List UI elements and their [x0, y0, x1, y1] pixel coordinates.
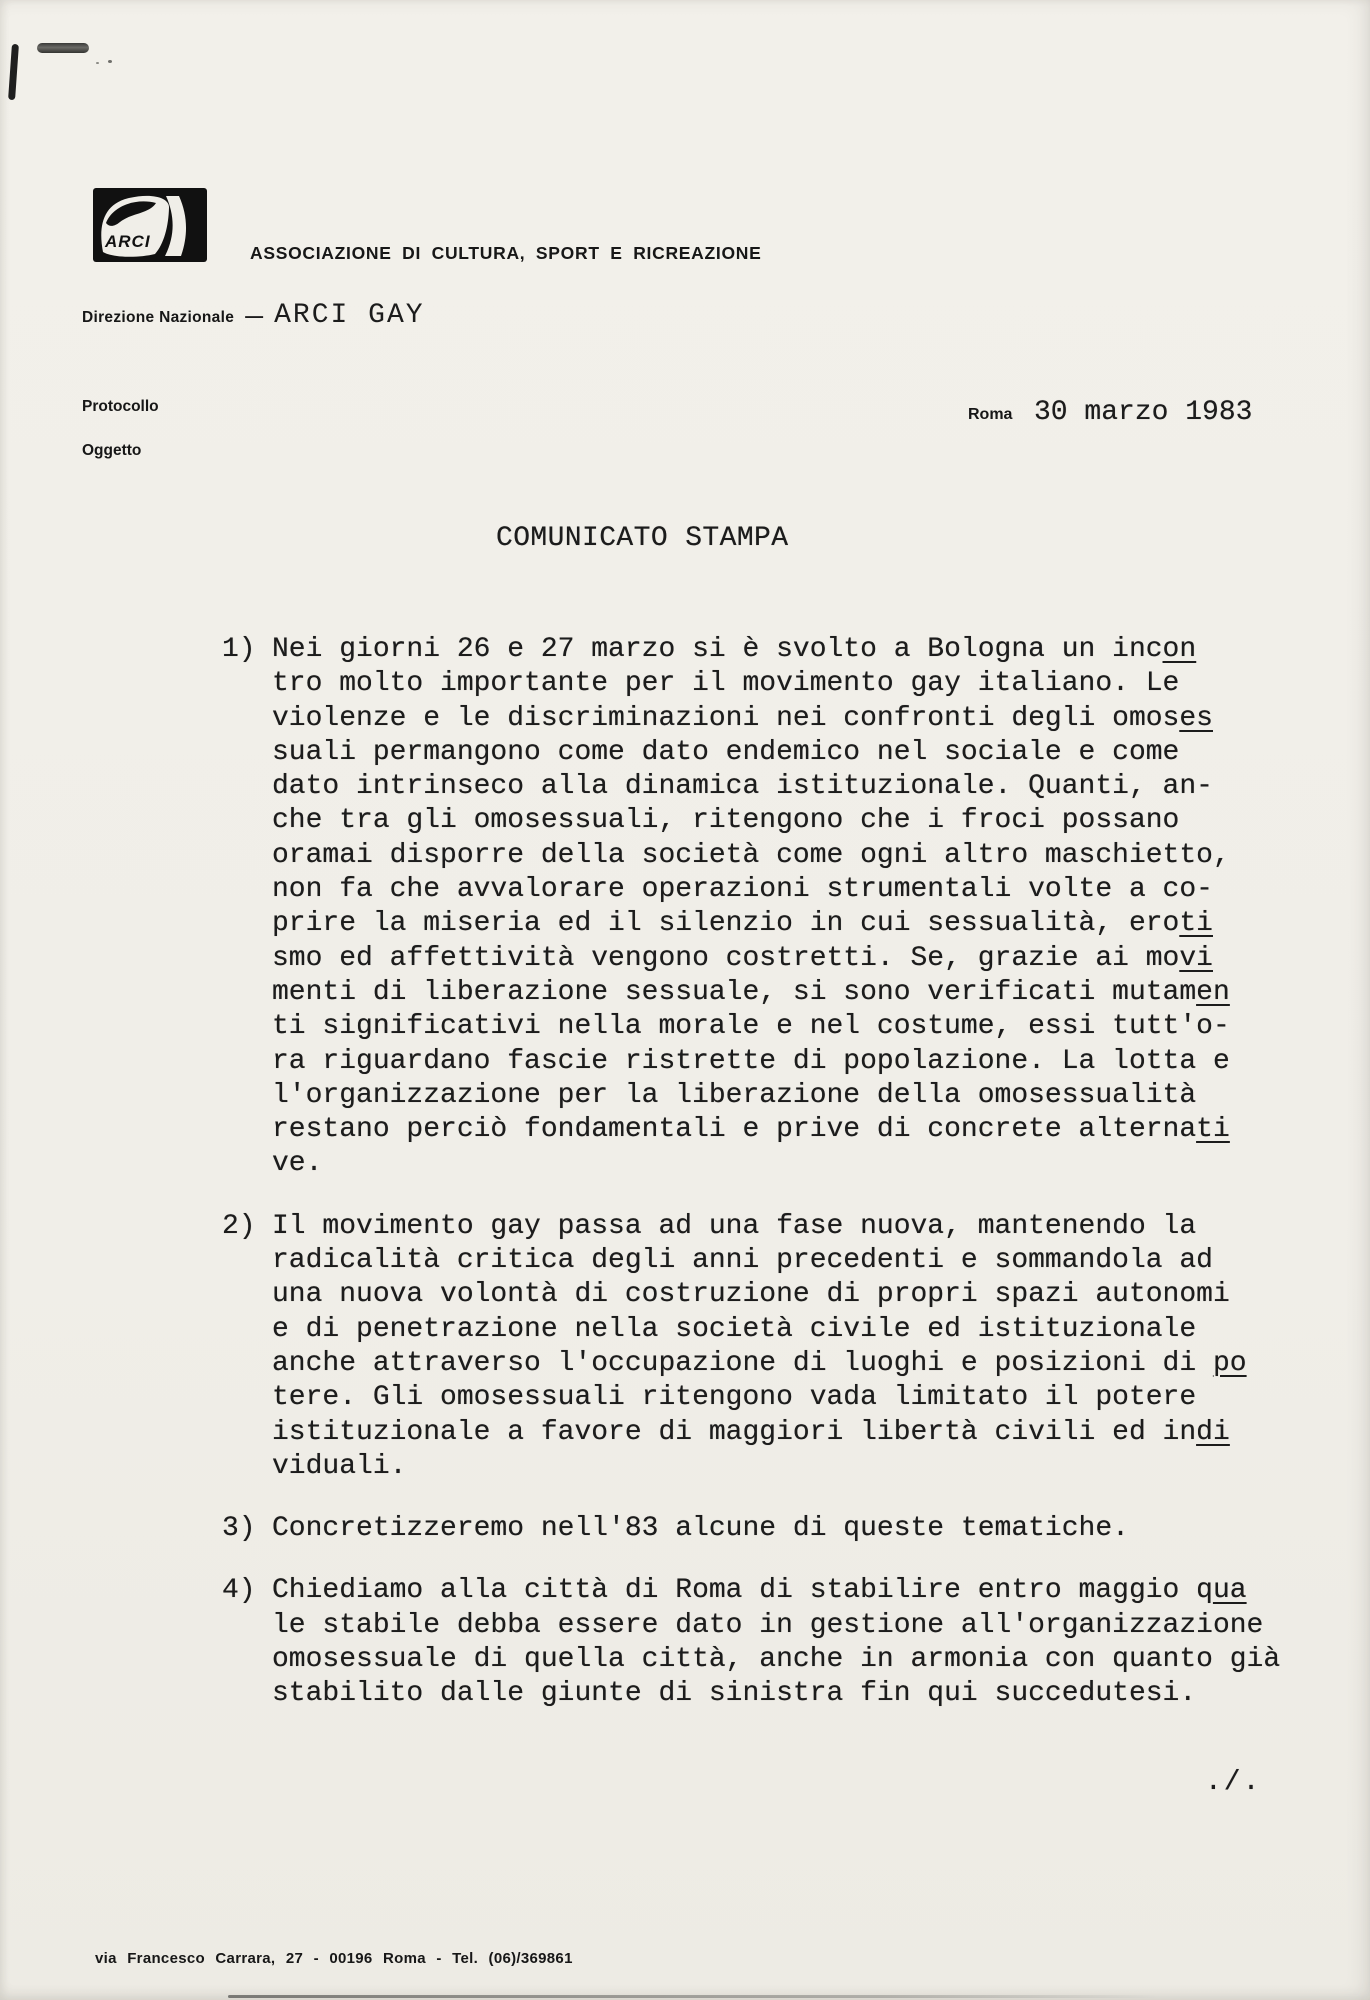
paragraph: 1)Nei giorni 26 e 27 marzo si è svolto a… — [222, 633, 1332, 1182]
text-line: l'organizzazione per la liberazione dell… — [272, 1079, 1230, 1113]
paragraph-lines: Chiediamo alla città di Roma di stabilir… — [272, 1574, 1280, 1711]
text-line: Concretizzeremo nell'83 alcune di queste… — [272, 1512, 1129, 1546]
text-line: omosessuale di quella città, anche in ar… — [272, 1643, 1280, 1677]
paragraph: 3)Concretizzeremo nell'83 alcune di ques… — [222, 1512, 1332, 1546]
text-line: Chiediamo alla città di Roma di stabilir… — [272, 1574, 1280, 1608]
paragraph-lines: Concretizzeremo nell'83 alcune di queste… — [272, 1512, 1129, 1546]
paragraph: 4)Chiediamo alla città di Roma di stabil… — [222, 1574, 1332, 1711]
text-line: Nei giorni 26 e 27 marzo si è svolto a B… — [272, 633, 1230, 667]
paragraph: 2)Il movimento gay passa ad una fase nuo… — [222, 1210, 1332, 1484]
text-line: Il movimento gay passa ad una fase nuova… — [272, 1210, 1247, 1244]
direction-dash: — — [245, 306, 263, 327]
text-line: anche attraverso l'occupazione di luoghi… — [272, 1347, 1247, 1381]
paragraph-number: 4) — [222, 1574, 272, 1711]
text-line: restano perciò fondamentali e prive di c… — [272, 1113, 1230, 1147]
underlined-syllable: on — [1163, 634, 1197, 665]
text-line: stabilito dalle giunte di sinistra fin q… — [272, 1677, 1280, 1711]
continuation-mark: ./. — [1205, 1766, 1261, 1800]
logo-text: ARCI — [104, 232, 151, 251]
underlined-syllable: ti — [1196, 1114, 1230, 1145]
underlined-syllable: ua — [1213, 1575, 1247, 1606]
text-line: violenze e le discriminazioni nei confro… — [272, 702, 1230, 736]
underlined-syllable: po — [1213, 1348, 1247, 1379]
text-line: ve. — [272, 1147, 1230, 1181]
association-name: ASSOCIAZIONE DI CULTURA, SPORT E RICREAZ… — [250, 243, 761, 263]
text-line: tere. Gli omosessuali ritengono vada lim… — [272, 1381, 1247, 1415]
scan-speck — [108, 60, 112, 63]
body-paragraphs: 1)Nei giorni 26 e 27 marzo si è svolto a… — [222, 633, 1332, 1740]
text-line: radicalità critica degli anni precedenti… — [272, 1244, 1247, 1278]
text-line: prire la miseria ed il silenzio in cui s… — [272, 907, 1230, 941]
text-line: oramai disporre della società come ogni … — [272, 839, 1230, 873]
underlined-syllable: en — [1196, 977, 1230, 1008]
arci-logo-icon: ARCI — [93, 188, 207, 262]
text-line: suali permangono come dato endemico nel … — [272, 736, 1230, 770]
pen-mark-vertical — [8, 44, 19, 100]
text-line: una nuova volontà di costruzione di prop… — [272, 1278, 1247, 1312]
underlined-syllable: es — [1179, 703, 1213, 734]
direction-line: Direzione Nazionale — ARCI GAY — [82, 300, 425, 331]
text-line: non fa che avvalorare operazioni strumen… — [272, 873, 1230, 907]
scan-speck — [96, 62, 99, 64]
underlined-syllable: ti — [1179, 908, 1213, 939]
underlined-syllable: di — [1196, 1417, 1230, 1448]
text-line: istituzionale a favore di maggiori liber… — [272, 1416, 1247, 1450]
document-title: COMUNICATO STAMPA — [496, 522, 788, 556]
dateline-city: Roma — [968, 406, 1012, 424]
footer-address: via Francesco Carrara, 27 - 00196 Roma -… — [95, 1950, 573, 1967]
text-line: ra riguardano fascie ristrette di popola… — [272, 1045, 1230, 1079]
text-line: viduali. — [272, 1450, 1247, 1484]
scanned-letter-page: { "colors": { "paper": "#f0eee8", "ink":… — [0, 0, 1370, 2000]
pen-mark-bar — [37, 43, 89, 53]
underlined-syllable: vi — [1179, 943, 1213, 974]
text-line: menti di liberazione sessuale, si sono v… — [272, 976, 1230, 1010]
text-line: tro molto importante per il movimento ga… — [272, 667, 1230, 701]
paragraph-number: 1) — [222, 633, 272, 1182]
scan-bottom-edge — [228, 1995, 1158, 1998]
paragraph-number: 2) — [222, 1210, 272, 1484]
direction-value: ARCI GAY — [274, 300, 424, 331]
paragraph-number: 3) — [222, 1512, 272, 1546]
dateline-date: 30 marzo 1983 — [1034, 396, 1252, 430]
text-line: dato intrinseco alla dinamica istituzion… — [272, 770, 1230, 804]
text-line: le stabile debba essere dato in gestione… — [272, 1609, 1280, 1643]
paragraph-lines: Nei giorni 26 e 27 marzo si è svolto a B… — [272, 633, 1230, 1182]
text-line: smo ed affettività vengono costretti. Se… — [272, 942, 1230, 976]
direction-label: Direzione Nazionale — [82, 309, 234, 327]
text-line: e di penetrazione nella società civile e… — [272, 1313, 1247, 1347]
text-line: ti significativi nella morale e nel cost… — [272, 1010, 1230, 1044]
text-line: che tra gli omosessuali, ritengono che i… — [272, 804, 1230, 838]
subject-label: Oggetto — [82, 442, 141, 460]
protocol-label: Protocollo — [82, 398, 159, 416]
paragraph-lines: Il movimento gay passa ad una fase nuova… — [272, 1210, 1247, 1484]
